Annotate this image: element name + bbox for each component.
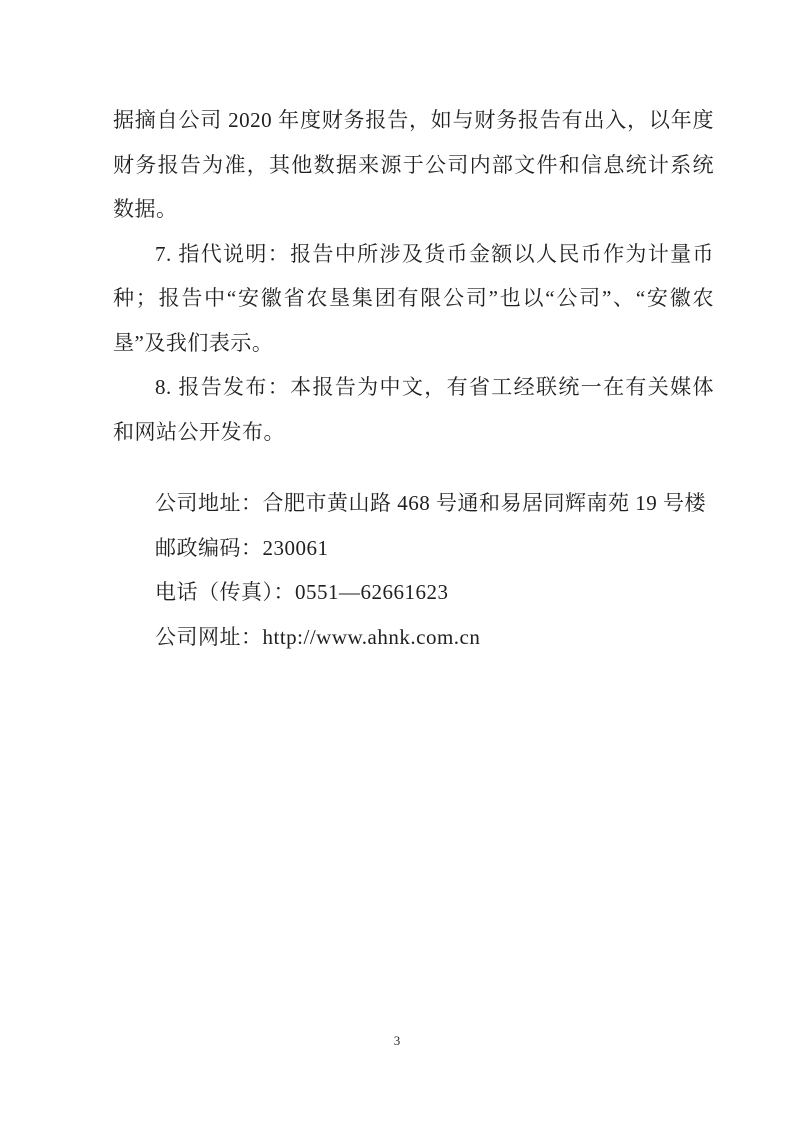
- paragraph-item-8: 8. 报告发布：本报告为中文，有省工经联统一在有关媒体和网站公开发布。: [113, 365, 714, 454]
- document-body: 据摘自公司 2020 年度财务报告，如与财务报告有出入，以年度财务报告为准，其他…: [113, 98, 714, 659]
- page-number: 3: [0, 1033, 794, 1049]
- phone-fax-line: 电话（传真）：0551—62661623: [113, 570, 714, 615]
- paragraph-item-7: 7. 指代说明：报告中所涉及货币金额以人民币作为计量币种；报告中“安徽省农垦集团…: [113, 232, 714, 366]
- postal-code-line: 邮政编码：230061: [113, 526, 714, 571]
- company-address-line: 公司地址：合肥市黄山路 468 号通和易居同辉南苑 19 号楼: [113, 481, 714, 526]
- paragraph-continuation: 据摘自公司 2020 年度财务报告，如与财务报告有出入，以年度财务报告为准，其他…: [113, 98, 714, 232]
- document-page: 据摘自公司 2020 年度财务报告，如与财务报告有出入，以年度财务报告为准，其他…: [0, 0, 794, 1122]
- website-line: 公司网址：http://www.ahnk.com.cn: [113, 615, 714, 660]
